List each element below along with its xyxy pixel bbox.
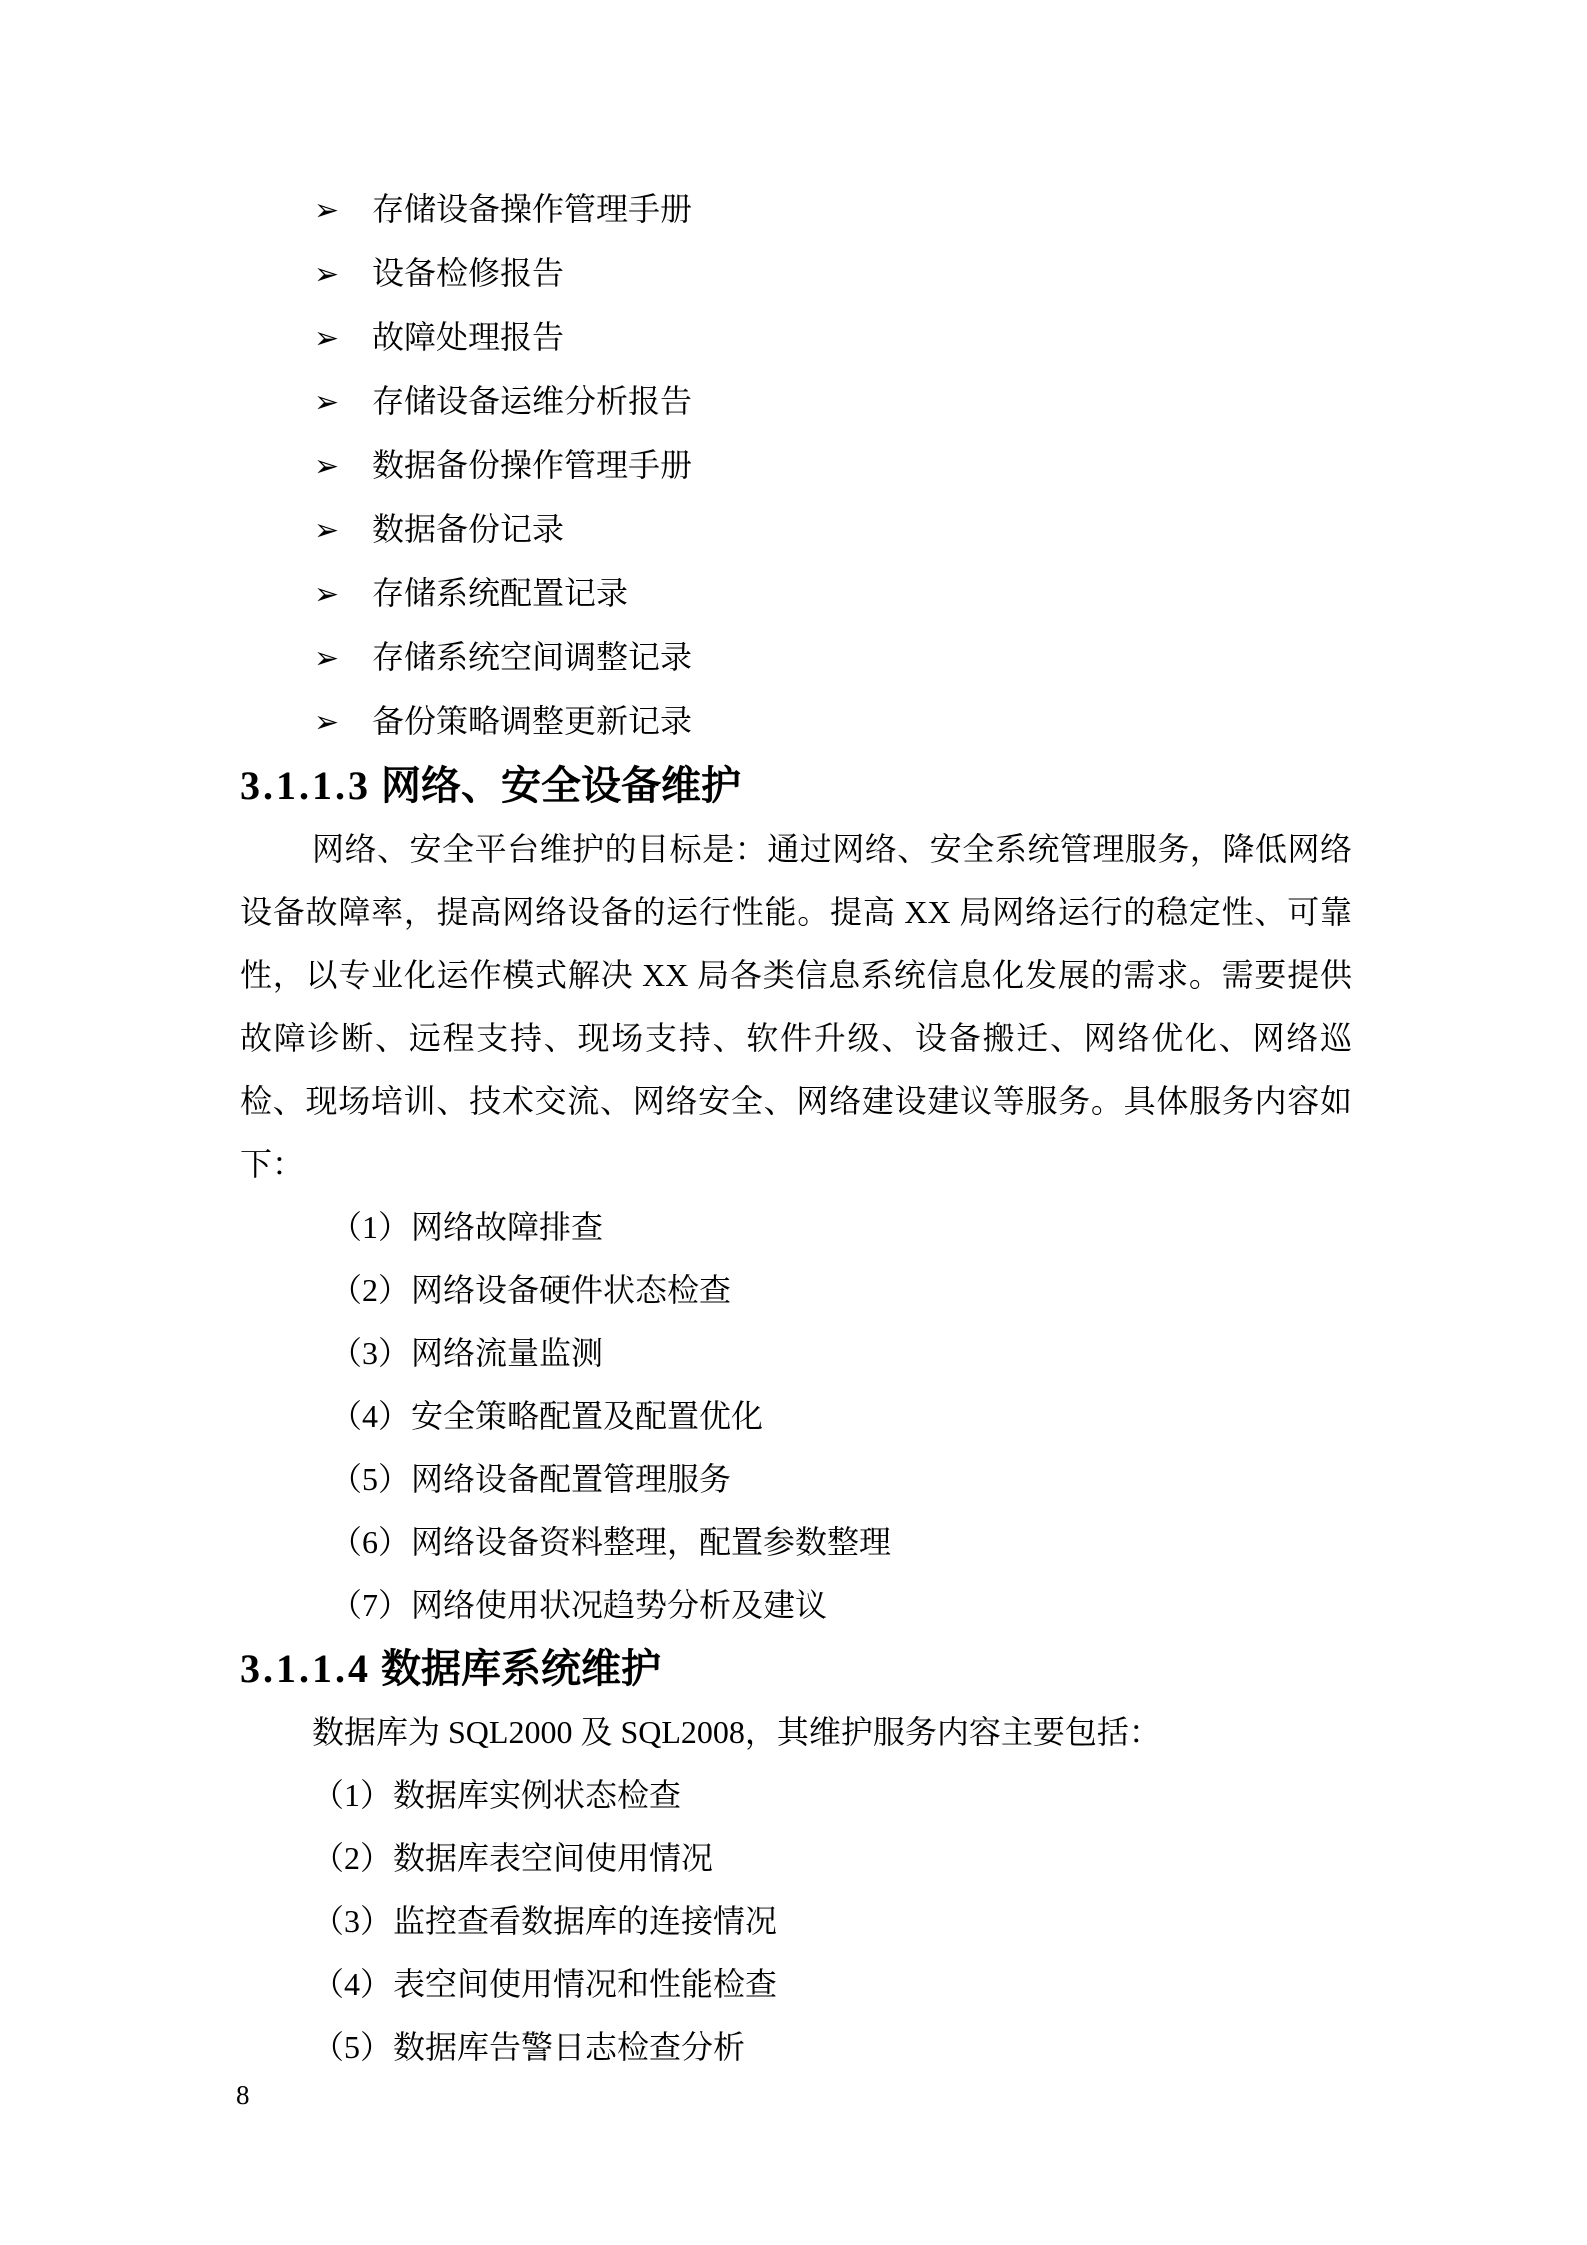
- item-number: （4）: [312, 1953, 393, 2016]
- list-item: ➢存储系统空间调整记录: [240, 626, 1352, 690]
- network-intro-paragraph: 网络、安全平台维护的目标是：通过网络、安全系统管理服务，降低网络设备故障率，提高…: [240, 818, 1352, 1196]
- list-item: ➢故障处理报告: [240, 306, 1352, 370]
- list-item: （7）网络使用状况趋势分析及建议: [240, 1574, 1352, 1637]
- list-item: ➢设备检修报告: [240, 242, 1352, 306]
- item-label: 网络设备资料整理，配置参数整理: [411, 1524, 891, 1560]
- bullet-item-label: 数据备份操作管理手册: [372, 447, 692, 483]
- section-number: 3.1.1.3: [240, 763, 371, 808]
- section-number: 3.1.1.4: [240, 1646, 371, 1691]
- section-heading-network: 3.1.1.3网络、安全设备维护: [240, 754, 1352, 818]
- arrow-bullet-icon: ➢: [314, 691, 372, 754]
- arrow-bullet-icon: ➢: [314, 627, 372, 690]
- item-number: （2）: [312, 1827, 393, 1890]
- list-item: （2）网络设备硬件状态检查: [240, 1259, 1352, 1322]
- list-item: （1）数据库实例状态检查: [240, 1764, 1352, 1827]
- list-item: （4）安全策略配置及配置优化: [240, 1385, 1352, 1448]
- bullet-item-label: 存储系统空间调整记录: [372, 639, 692, 675]
- page-content: ➢存储设备操作管理手册 ➢设备检修报告 ➢故障处理报告 ➢存储设备运维分析报告 …: [240, 178, 1352, 2079]
- arrow-bullet-icon: ➢: [314, 371, 372, 434]
- item-number: （7）: [330, 1574, 411, 1637]
- item-number: （1）: [312, 1764, 393, 1827]
- list-item: ➢存储设备操作管理手册: [240, 178, 1352, 242]
- list-item: ➢数据备份操作管理手册: [240, 434, 1352, 498]
- bullet-item-label: 备份策略调整更新记录: [372, 703, 692, 739]
- list-item: （3）网络流量监测: [240, 1322, 1352, 1385]
- item-number: （6）: [330, 1511, 411, 1574]
- bullet-item-label: 设备检修报告: [372, 255, 564, 291]
- item-number: （3）: [330, 1322, 411, 1385]
- arrow-bullet-icon: ➢: [314, 499, 372, 562]
- item-label: 网络设备硬件状态检查: [411, 1272, 731, 1308]
- list-item: （3）监控查看数据库的连接情况: [240, 1890, 1352, 1953]
- item-number: （5）: [330, 1448, 411, 1511]
- item-label: 网络流量监测: [411, 1335, 603, 1371]
- bullet-item-label: 数据备份记录: [372, 511, 564, 547]
- item-label: 数据库告警日志检查分析: [393, 2029, 745, 2065]
- item-number: （2）: [330, 1259, 411, 1322]
- bullet-item-label: 存储设备运维分析报告: [372, 383, 692, 419]
- bullet-item-label: 故障处理报告: [372, 319, 564, 355]
- bullet-item-label: 存储系统配置记录: [372, 575, 628, 611]
- list-item: （4）表空间使用情况和性能检查: [240, 1953, 1352, 2016]
- item-label: 监控查看数据库的连接情况: [393, 1903, 777, 1939]
- page-number: 8: [236, 2075, 250, 2115]
- section-title: 数据库系统维护: [381, 1647, 661, 1691]
- database-intro-paragraph: 数据库为 SQL2000 及 SQL2008，其维护服务内容主要包括：: [240, 1701, 1352, 1764]
- database-service-list: （1）数据库实例状态检查 （2）数据库表空间使用情况 （3）监控查看数据库的连接…: [240, 1764, 1352, 2079]
- bullet-list: ➢存储设备操作管理手册 ➢设备检修报告 ➢故障处理报告 ➢存储设备运维分析报告 …: [240, 178, 1352, 754]
- item-number: （3）: [312, 1890, 393, 1953]
- item-label: 数据库表空间使用情况: [393, 1840, 713, 1876]
- item-label: 网络故障排查: [411, 1209, 603, 1245]
- item-label: 安全策略配置及配置优化: [411, 1398, 763, 1434]
- bullet-item-label: 存储设备操作管理手册: [372, 191, 692, 227]
- list-item: （1）网络故障排查: [240, 1196, 1352, 1259]
- item-number: （1）: [330, 1196, 411, 1259]
- list-item: （5）数据库告警日志检查分析: [240, 2016, 1352, 2079]
- item-number: （4）: [330, 1385, 411, 1448]
- item-label: 数据库实例状态检查: [393, 1777, 681, 1813]
- arrow-bullet-icon: ➢: [314, 179, 372, 242]
- network-service-list: （1）网络故障排查 （2）网络设备硬件状态检查 （3）网络流量监测 （4）安全策…: [240, 1196, 1352, 1637]
- section-heading-database: 3.1.1.4数据库系统维护: [240, 1637, 1352, 1701]
- arrow-bullet-icon: ➢: [314, 307, 372, 370]
- item-label: 网络设备配置管理服务: [411, 1461, 731, 1497]
- list-item: ➢备份策略调整更新记录: [240, 690, 1352, 754]
- item-number: （5）: [312, 2016, 393, 2079]
- section-title: 网络、安全设备维护: [381, 764, 741, 808]
- document-page: ➢存储设备操作管理手册 ➢设备检修报告 ➢故障处理报告 ➢存储设备运维分析报告 …: [0, 0, 1587, 2245]
- list-item: （5）网络设备配置管理服务: [240, 1448, 1352, 1511]
- list-item: ➢存储设备运维分析报告: [240, 370, 1352, 434]
- item-label: 网络使用状况趋势分析及建议: [411, 1587, 827, 1623]
- list-item: ➢数据备份记录: [240, 498, 1352, 562]
- item-label: 表空间使用情况和性能检查: [393, 1966, 777, 2002]
- list-item: ➢存储系统配置记录: [240, 562, 1352, 626]
- list-item: （6）网络设备资料整理，配置参数整理: [240, 1511, 1352, 1574]
- arrow-bullet-icon: ➢: [314, 435, 372, 498]
- arrow-bullet-icon: ➢: [314, 243, 372, 306]
- arrow-bullet-icon: ➢: [314, 563, 372, 626]
- list-item: （2）数据库表空间使用情况: [240, 1827, 1352, 1890]
